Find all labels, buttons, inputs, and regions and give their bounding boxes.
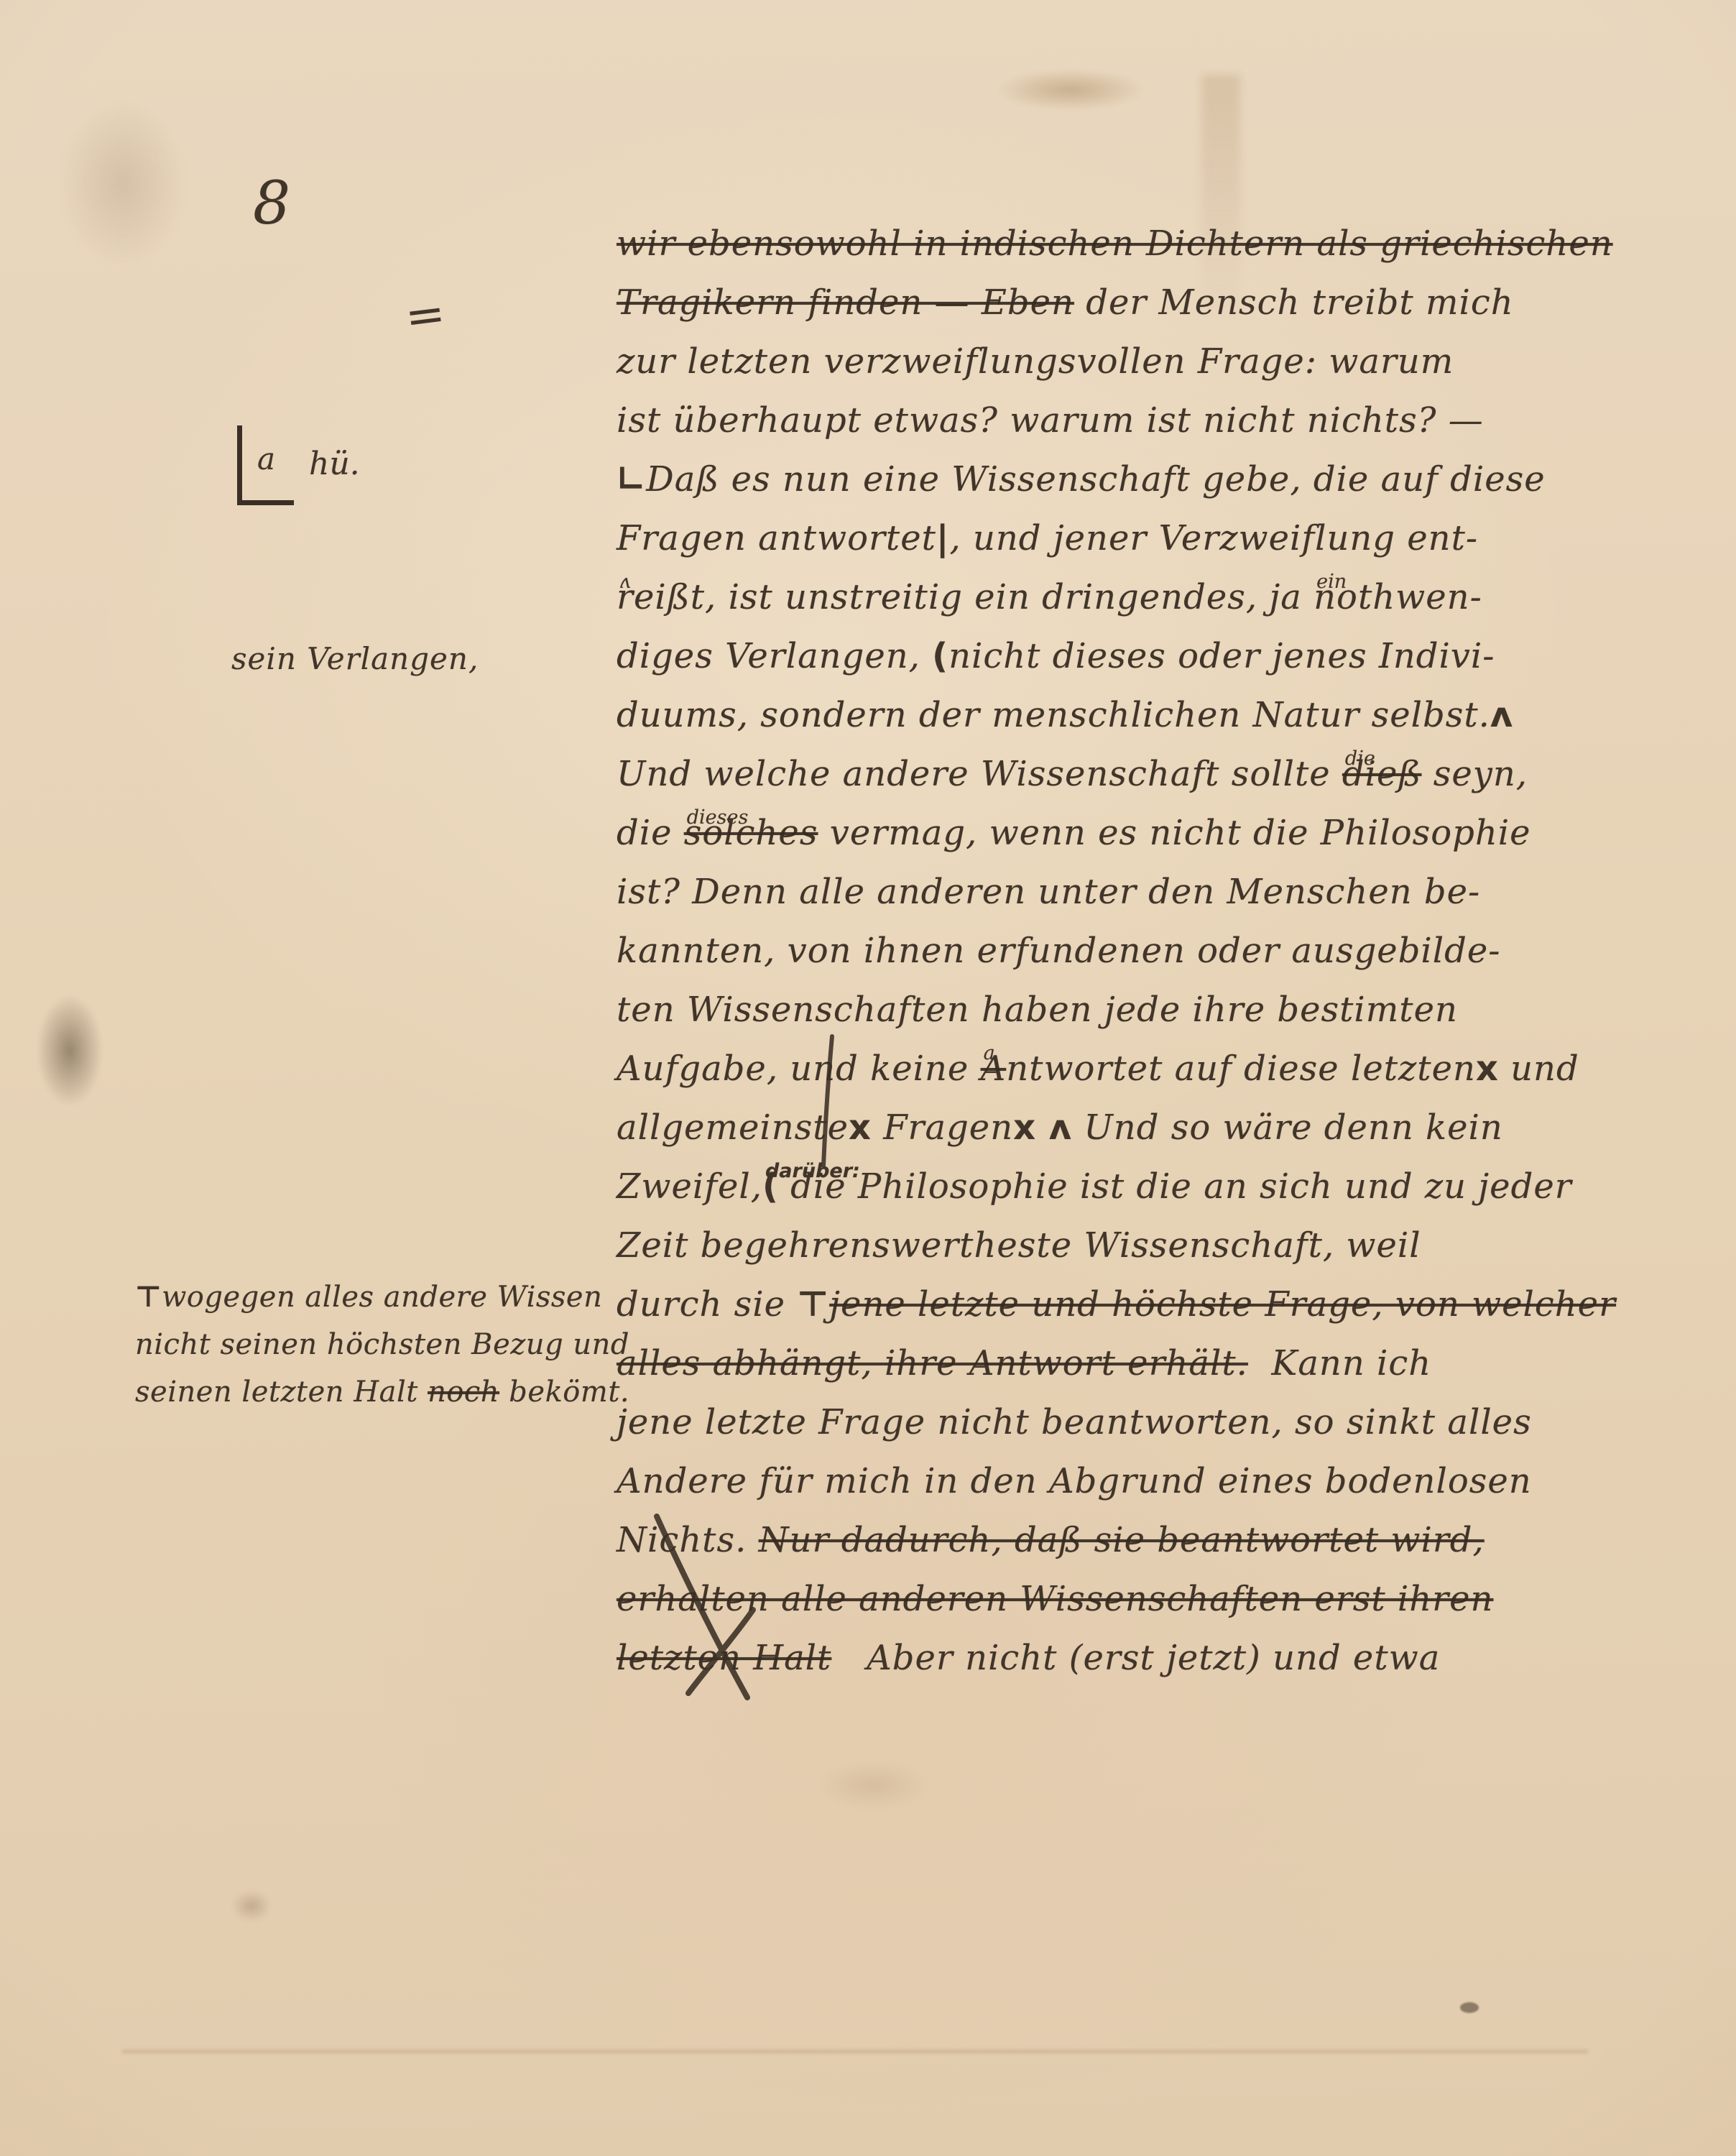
paper-stain [231,1890,272,1922]
manuscript-line: Tragikern finden — Eben der Mensch treib… [617,273,1687,332]
handwritten-text: nicht seinen höchsten Bezug und [135,1328,629,1361]
manuscript-line: Fragen antwortet|, und jener Verzweiflun… [617,509,1687,568]
manuscript-line: duums, sondern der menschlichen Natur se… [617,686,1687,745]
handwritten-text: Andere für mich in den Abgrund eines bod… [617,1461,1532,1501]
struck-text: wir ebensowohl in indischen Dichtern als… [617,224,1613,264]
handwritten-text: Zeit begehrenswertheste Wissenschaft, we… [617,1225,1421,1266]
handwritten-text: ist überhaupt etwas? warum ist nicht nic… [617,400,1484,441]
handwritten-text: ten Wissenschaften haben jede ihre besti… [617,990,1458,1030]
manuscript-line: alles abhängt, ihre Antwort erhält. Kann… [617,1334,1687,1393]
editorial-mark: ʌ [1490,695,1513,735]
margin-letter: a [257,441,275,476]
handwritten-text: Aufgabe, und keine [617,1049,981,1089]
interlinear-insertion: ein [1316,553,1347,612]
handwritten-text: bekömt. [499,1376,629,1409]
manuscript-line: Andere für mich in den Abgrund eines bod… [617,1452,1687,1511]
manuscript-line: diges Verlangen, (nicht dieses oder jene… [617,627,1687,686]
scanned-manuscript-page: { "colors": { "paper": "#e7d3b7", "ink":… [0,0,1736,2156]
handwritten-text: durch sie [617,1284,797,1325]
manuscript-line: wir ebensowohl in indischen Dichtern als… [617,214,1687,273]
manuscript-line: reißt,ʌ ist unstreitig ein dringendes, j… [617,568,1687,627]
struck-text: solchesdieses [684,813,818,853]
margin-note-wogegen: ⊤wogegen alles andere Wissennicht seinen… [135,1273,629,1416]
handwritten-text: zur letzten verzweiflungsvollen Frage: w… [617,341,1454,382]
manuscript-line: ten Wissenschaften haben jede ihre besti… [617,980,1687,1039]
handwritten-text: Und so wäre denn kein [1072,1107,1503,1148]
manuscript-line: Und welche andere Wissenschaft sollte di… [617,745,1687,803]
struck-text: noch [428,1376,499,1409]
struck-text: erhalten alle anderen Wissenschaften ers… [617,1579,1493,1619]
interlinear-insertion: a [984,1024,995,1083]
handwritten-text: kannten, von ihnen erfundenen oder ausge… [617,931,1500,971]
handwritten-text: reißt,ʌ [617,577,716,617]
manuscript-body-text: wir ebensowohl in indischen Dichtern als… [617,214,1687,1687]
manuscript-line: zur letzten verzweiflungsvollen Frage: w… [617,332,1687,391]
manuscript-line: die solchesdieses vermag, wenn es nicht … [617,803,1687,862]
manuscript-line: Zeit begehrenswertheste Wissenschaft, we… [617,1216,1687,1275]
margin-abbreviation: hü. [309,446,360,482]
handwritten-text: Aber nicht (erst jetzt) und etwa [831,1638,1440,1678]
handwritten-text: und [1499,1049,1579,1089]
page-number: 8 [253,170,290,238]
manuscript-line: ist? Denn alle anderen unter den Mensche… [617,862,1687,921]
manuscript-line: erhalten alle anderen Wissenschaften ers… [617,1570,1687,1628]
handwritten-text: , und jener Verzweiflung ent- [949,518,1478,558]
manuscript-line: seinen letzten Halt noch bekömt. [135,1368,629,1416]
interlinear-insertion: die [1345,729,1375,788]
editorial-mark: ( [932,636,948,676]
struck-text: jene letzte und höchste Frage, von welch… [829,1284,1616,1325]
struck-text: alles abhängt, ihre Antwort erhält. [617,1343,1248,1383]
handwritten-text: ntwortet auf diese letzten [1006,1049,1476,1089]
struck-text: dießdie [1342,754,1422,794]
editorial-mark: ʌ [1036,1107,1072,1148]
handwritten-text: Daß es nun eine Wissenschaft gebe, die a… [646,459,1545,499]
handwritten-text: der Mensch treibt mich [1074,282,1514,323]
struck-text: letzten Halt [617,1638,831,1678]
handwritten-text: die [617,813,684,853]
manuscript-line: nicht seinen höchsten Bezug und [135,1321,629,1368]
handwritten-text: Nichts. [617,1520,759,1560]
handwritten-text: wogegen alles andere Wissen [162,1281,602,1314]
ink-blotch [37,996,102,1105]
paper-sheet-wrapper: 8 = a hü. sein Verlangen, ⊤wogegen alles… [0,0,1736,2156]
editorial-mark: (darüber: [762,1166,779,1207]
editorial-mark: ⊤ [797,1284,829,1325]
manuscript-line: kannten, von ihnen erfundenen oder ausge… [617,921,1687,980]
handwritten-text: Zweifel, [617,1166,762,1207]
paper-crease [122,2050,1588,2053]
paper-stain [819,1762,927,1808]
manuscript-line: Nichts. Nur dadurch, daß sie beantwortet… [617,1511,1687,1570]
editorial-mark: x [1013,1107,1036,1148]
interlinear-insertion: ʌ [619,553,630,612]
editorial-mark: | [936,518,950,558]
handwritten-text: seyn, [1421,754,1528,794]
handwritten-text: ist unstreitig ein dringendes, ja [716,577,1313,617]
handwritten-text: vermag, wenn es nicht die Philosophie [818,813,1530,853]
manuscript-line: Zweifel,(darüber: die Philosophie ist di… [617,1157,1687,1216]
handwritten-text: jene letzte Frage nicht beantworten, so … [617,1402,1532,1442]
manuscript-line: durch sie ⊤jene letzte und höchste Frage… [617,1275,1687,1334]
paper-sheet: 8 = a hü. sein Verlangen, ⊤wogegen alles… [0,0,1736,2156]
manuscript-line: letzten Halt Aber nicht (erst jetzt) und… [617,1628,1687,1687]
handwritten-text: Fragen antwortet [617,518,936,558]
ink-speck [1460,2002,1479,2013]
manuscript-line: ist überhaupt etwas? warum ist nicht nic… [617,391,1687,450]
handwritten-text: die Philosophie ist die an sich und zu j… [779,1166,1572,1207]
handwritten-text: Fragen [872,1107,1013,1148]
editorial-mark: ⊤ [135,1281,162,1314]
editorial-mark: x [1476,1049,1499,1089]
paper-stain [62,101,184,266]
struck-text: Tragikern finden — Eben [617,282,1074,323]
handwritten-text: seinen letzten Halt [135,1376,428,1409]
handwritten-text: diges Verlangen, [617,636,932,676]
margin-note-verlangen: sein Verlangen, [231,641,479,676]
manuscript-line: jene letzte Frage nicht beantworten, so … [617,1393,1687,1452]
struck-text: Nur dadurch, daß sie beantwortet wird, [759,1520,1485,1560]
manuscript-line: ∟Daß es nun eine Wissenschaft gebe, die … [617,450,1687,509]
manuscript-line: Aufgabe, und keine Aantwortet auf diese … [617,1039,1687,1098]
manuscript-line: ⊤wogegen alles andere Wissen [135,1273,629,1321]
handwritten-text: nicht dieses oder jenes Indivi- [948,636,1495,676]
margin-note-bracket-a: a hü. [237,424,410,517]
handwritten-text: nothwen-ein [1313,577,1482,617]
paper-stain [995,69,1146,111]
editorial-mark: ∟ [617,459,646,499]
handwritten-text: ist? Denn alle anderen unter den Mensche… [617,872,1480,912]
handwritten-text: Kann ich [1248,1343,1431,1383]
interlinear-insertion: dieses [687,788,749,847]
struck-text: Aa [981,1049,1007,1089]
equals-margin-mark: = [402,285,448,345]
